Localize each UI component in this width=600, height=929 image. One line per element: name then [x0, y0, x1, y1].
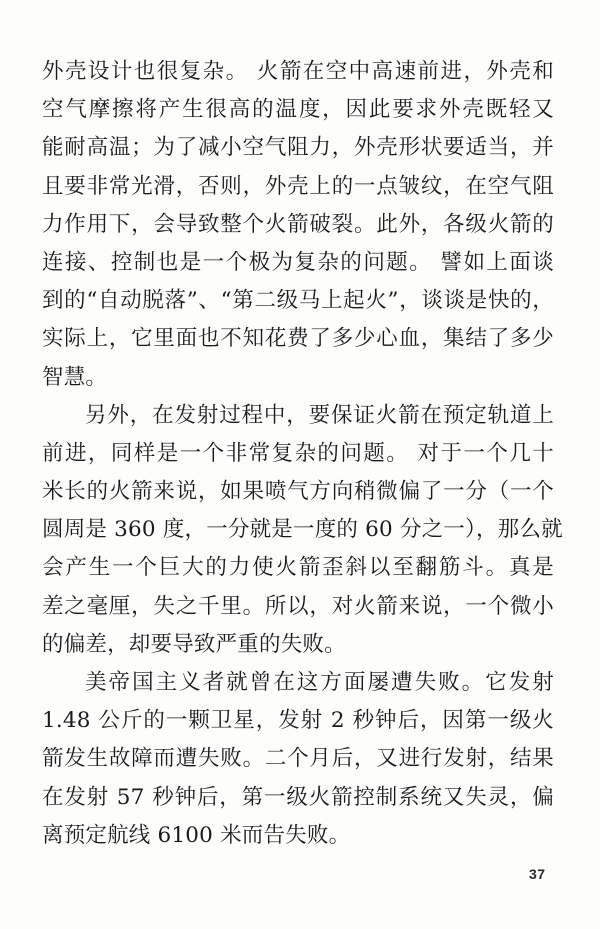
page-number: 37 — [529, 866, 546, 882]
book-page: 外壳设计也很复杂。 火箭在空中高速前进，外壳和 空气摩擦将产生很高的温度，因此要… — [0, 0, 600, 929]
text-line: 能耐高温；为了减小空气阻力，外壳形状要适当，并 — [42, 129, 554, 167]
text-line: 力作用下，会导致整个火箭破裂。此外，各级火箭的 — [42, 206, 554, 244]
text-line: 且要非常光滑，否则，外壳上的一点皱纹，在空气阻 — [42, 168, 554, 206]
paragraph-first-line: 美帝国主义者就曾在这方面屡遭失败。它发射 — [42, 664, 554, 702]
text-line: 离预定航线 6100 米而告失败。 — [42, 817, 554, 855]
text-line: 到的“自动脱落”、“第二级马上起火”，谈谈是快的， — [42, 282, 554, 320]
text-line: 米长的火箭来说，如果喷气方向稍微偏了一分（一个 — [42, 473, 554, 511]
text-line: 空气摩擦将产生很高的温度，因此要求外壳既轻又 — [42, 91, 554, 129]
text-line: 外壳设计也很复杂。 火箭在空中高速前进，外壳和 — [42, 53, 554, 91]
paragraph-first-line: 另外，在发射过程中，要保证火箭在预定轨道上 — [42, 397, 554, 435]
text-line: 在发射 57 秒钟后，第一级火箭控制系统又失灵，偏 — [42, 779, 554, 817]
text-line: 圆周是 360 度，一分就是一度的 60 分之一），那么就 — [42, 511, 554, 549]
text-line: 实际上，它里面也不知花费了多少心血，集结了多少 — [42, 320, 554, 358]
body-text: 外壳设计也很复杂。 火箭在空中高速前进，外壳和 空气摩擦将产生很高的温度，因此要… — [42, 53, 554, 855]
text-line: 1.48 公斤的一颗卫星，发射 2 秒钟后，因第一级火 — [42, 702, 554, 740]
text-line: 的偏差，却要导致严重的失败。 — [42, 626, 554, 664]
text-line: 智慧。 — [42, 359, 554, 397]
text-line: 连接、控制也是一个极为复杂的问题。 譬如上面谈 — [42, 244, 554, 282]
text-line: 箭发生故障而遭失败。二个月后，又进行发射，结果 — [42, 740, 554, 778]
text-line: 差之毫厘，失之千里。所以，对火箭来说，一个微小 — [42, 588, 554, 626]
text-line: 前进，同样是一个非常复杂的问题。 对于一个几十 — [42, 435, 554, 473]
text-line: 会产生一个巨大的力使火箭歪斜以至翻筋斗。真是 — [42, 549, 554, 587]
